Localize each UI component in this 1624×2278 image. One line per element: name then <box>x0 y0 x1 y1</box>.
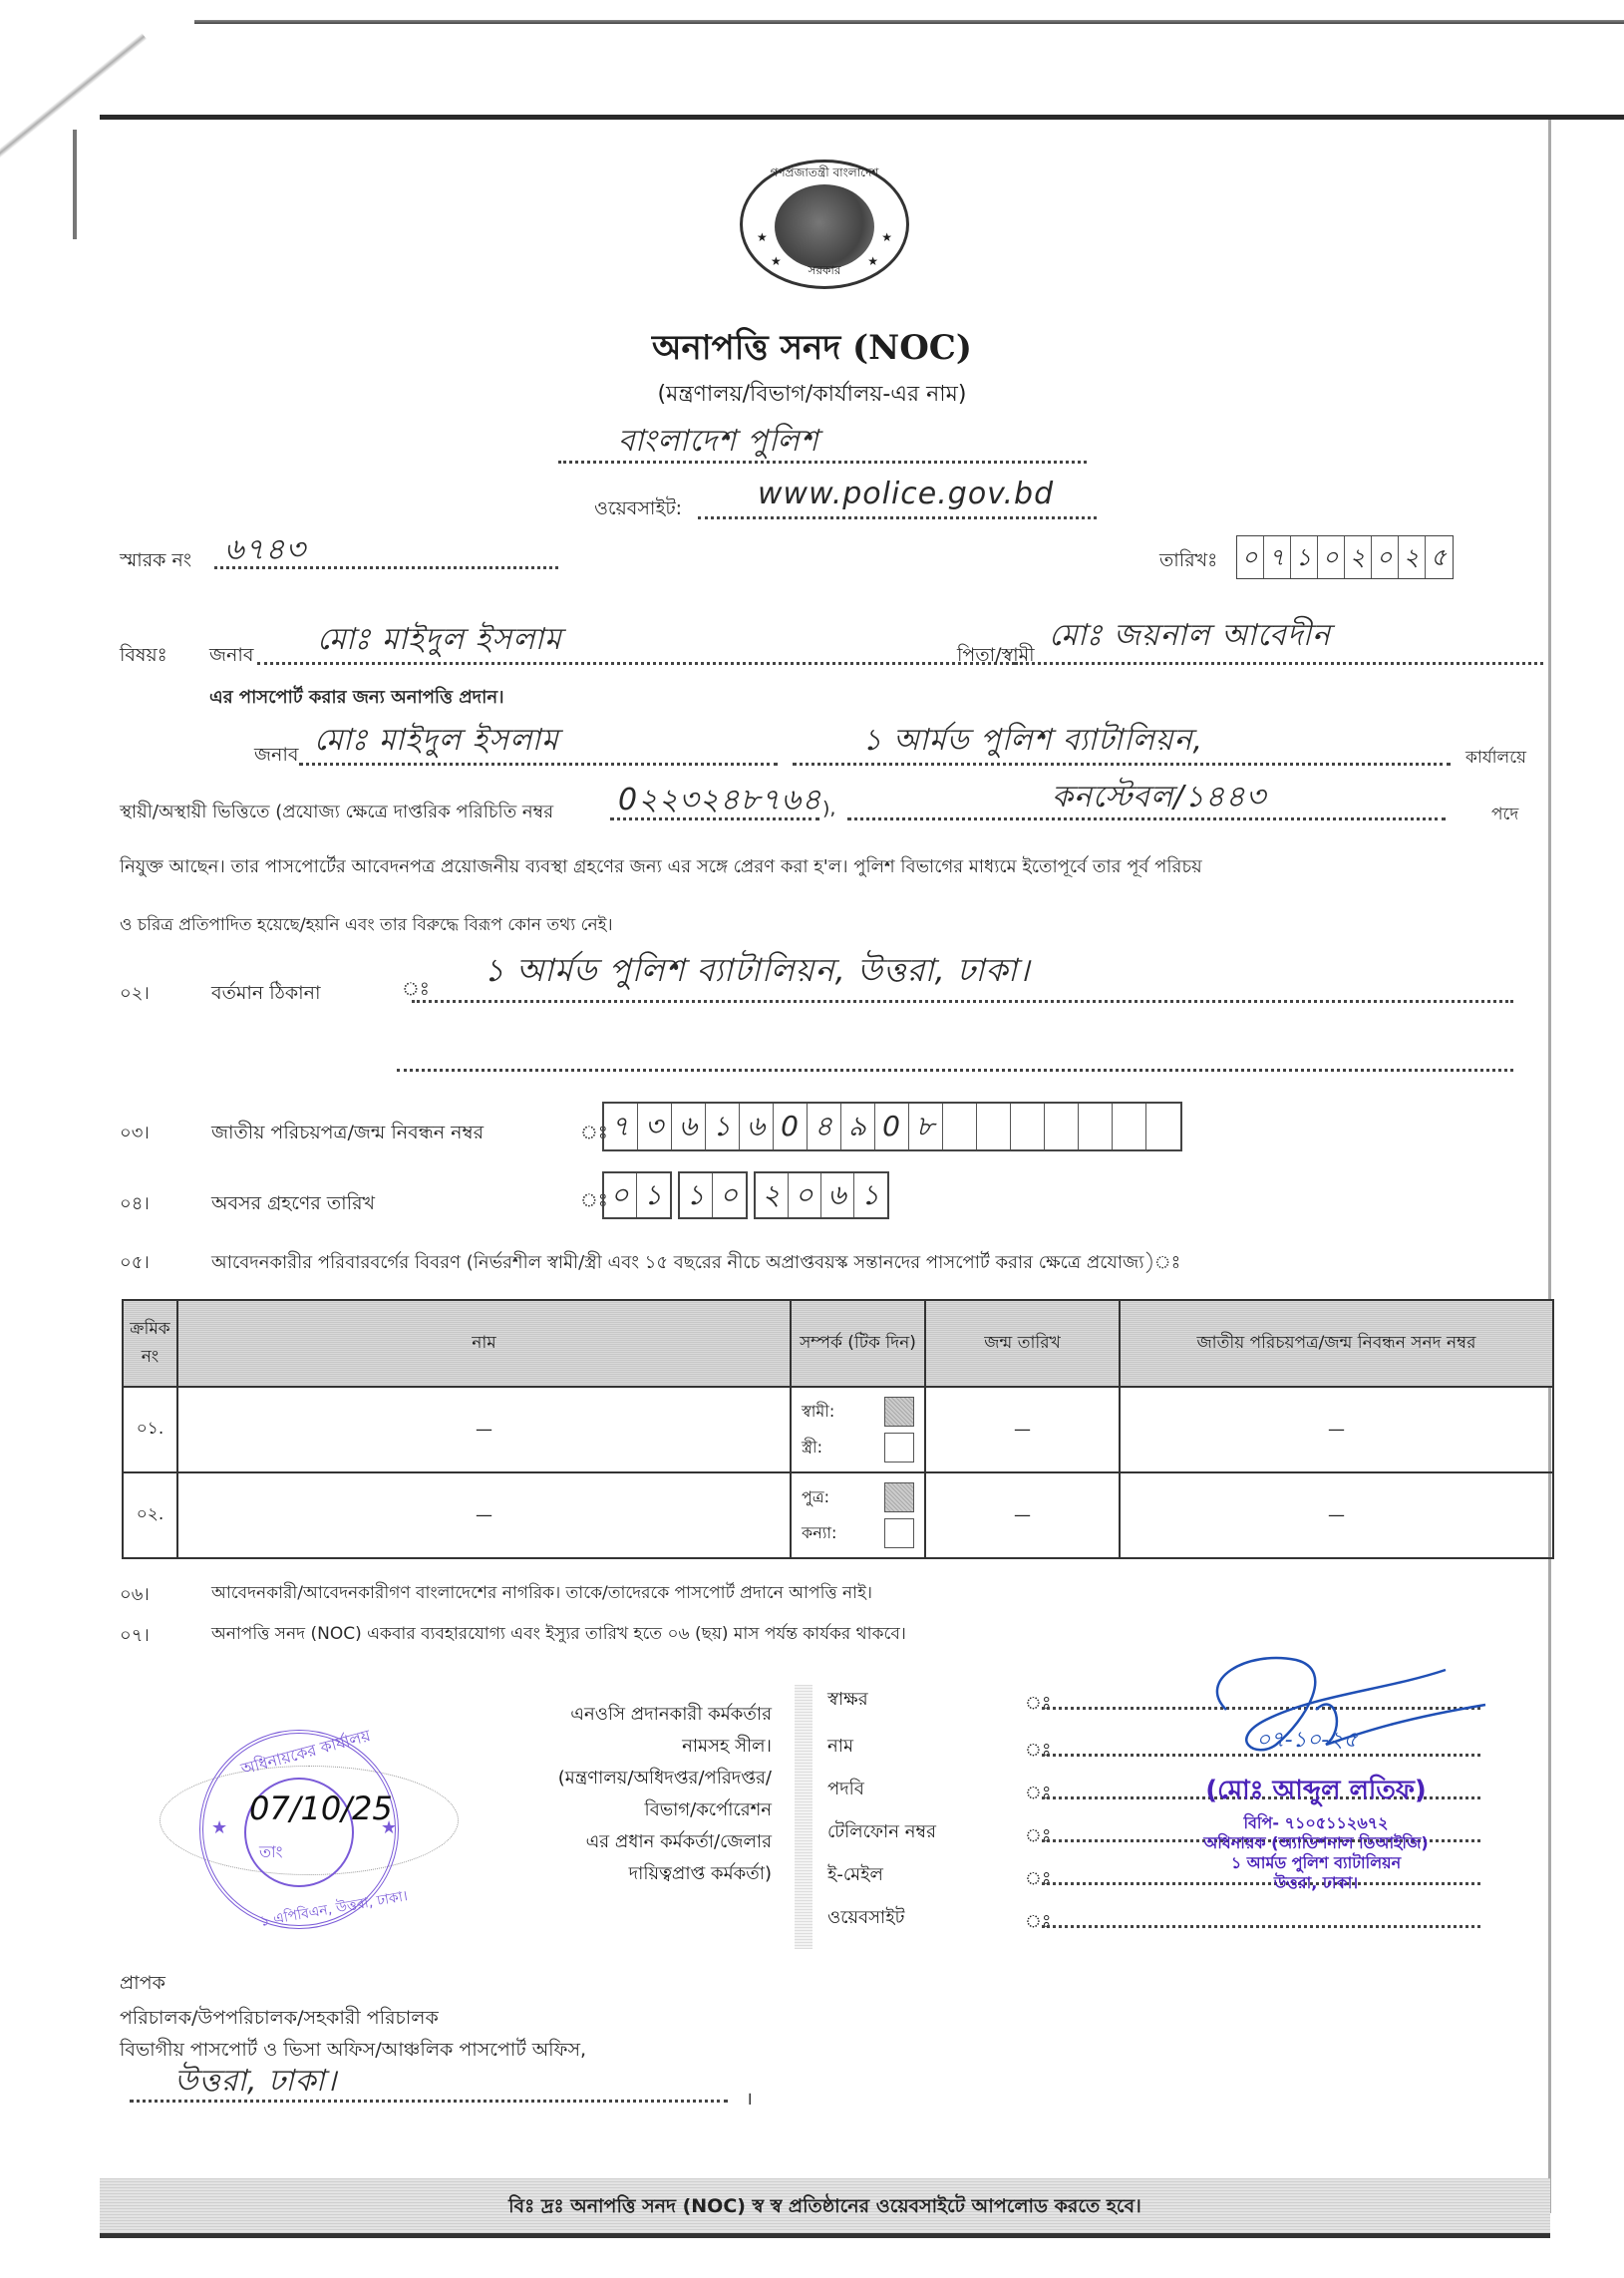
star-icon: ★ <box>211 1817 227 1838</box>
nid-digit-box[interactable] <box>1045 1104 1079 1149</box>
body-jonab-label: জনাব <box>254 741 298 773</box>
serial-cell: ০১. <box>123 1387 177 1472</box>
memo-dotted-line <box>214 566 558 569</box>
signatory-description-line: দায়িত্বপ্রাপ্ত কর্মকর্তা) <box>629 1859 772 1890</box>
validity-number: ০৭। <box>120 1621 150 1652</box>
nid-digit-box[interactable]: ৭ <box>604 1104 638 1149</box>
signatory-separator <box>795 1685 812 1949</box>
relation-option: স্বামী: <box>802 1394 914 1430</box>
subject-purpose: এর পাসপোর্ট করার জন্য অনাপত্তি প্রদান। <box>209 683 504 714</box>
nid-digit-box[interactable] <box>977 1104 1011 1149</box>
footer-note-band: বিঃ দ্রঃ অনাপত্তি সনদ (NOC) স্ব স্ব প্রত… <box>100 2178 1550 2238</box>
emblem-text-top: গণপ্রজাতন্ত্রী বাংলাদেশ <box>743 164 906 184</box>
date-digit-box[interactable]: ১ <box>1291 536 1318 578</box>
office-field[interactable]: ১ আর্মড পুলিশ ব্যাটালিয়ন, <box>862 716 1203 767</box>
date-digit-box[interactable]: ৭ <box>1264 536 1291 578</box>
col-serial: ক্রমিক নং <box>123 1300 177 1387</box>
date-digit-box[interactable]: ০ <box>1237 536 1264 578</box>
ministry-dotted-line <box>558 461 1087 464</box>
seal-officer-name: (মোঃ আব্দুল লতিফ) <box>1097 1770 1535 1813</box>
family-table-header: ক্রমিক নং নাম সম্পর্ক (টিক দিন) জন্ম তার… <box>123 1300 1553 1387</box>
address-label: বর্তমান ঠিকানা <box>211 979 321 1011</box>
date-digit-box[interactable]: ৫ <box>1426 536 1453 578</box>
address-line-2[interactable] <box>397 1069 1513 1072</box>
nid-digit-box[interactable] <box>1079 1104 1113 1149</box>
footer-note: বিঃ দ্রঃ অনাপত্তি সনদ (NOC) স্ব স্ব প্রত… <box>100 2192 1550 2224</box>
body-paragraph-1: নিযুক্ত আছেন। তার পাসপোর্টের আবেদনপত্র প… <box>120 852 1202 883</box>
retirement-digit-box[interactable]: ১ <box>637 1173 670 1217</box>
nid-digit-box[interactable] <box>1146 1104 1180 1149</box>
retirement-digit-box[interactable]: ০ <box>713 1173 746 1217</box>
seal-designation: অধিনায়ক (অ্যাডিশনাল ডিআইজি) <box>1097 1833 1535 1853</box>
address-field[interactable]: ১ আর্মড পুলিশ ব্যাটালিয়ন, উত্তরা, ঢাকা। <box>484 945 1031 999</box>
body-name-field[interactable]: মোঃ মাইদুল ইসলাম <box>314 716 559 767</box>
signatory-field-colon: ঃ <box>1025 1689 1051 1720</box>
retirement-date-boxes[interactable]: ০১১০২০৬১ <box>602 1171 895 1219</box>
website-dotted-line <box>698 516 1097 519</box>
document-subtitle: (মন্ত্রণালয়/বিভাগ/কার্যালয়-এর নাম) <box>0 377 1624 414</box>
nid-number-label-num: ০৩। <box>120 1119 150 1149</box>
relation-label: স্বামী: <box>802 1399 834 1426</box>
father-label: পিতা/স্বামী <box>957 641 1035 673</box>
rank-field[interactable]: কনস্টেবল/১৪৪৩ <box>1052 773 1266 823</box>
nid-digit-box[interactable]: 0 <box>774 1104 808 1149</box>
relation-option: পুত্র: <box>802 1479 914 1515</box>
nid-digit-box[interactable]: ৮ <box>909 1104 943 1149</box>
nid-digit-box[interactable] <box>943 1104 977 1149</box>
father-name-line <box>1015 662 1543 665</box>
signatory-field-label: ওয়েবসাইট <box>827 1903 904 1934</box>
star-icon: ★ <box>757 230 768 244</box>
validity-text: অনাপত্তি সনদ (NOC) একবার ব্যবহারযোগ্য এব… <box>211 1621 906 1649</box>
retirement-digit-box[interactable]: ০ <box>604 1173 637 1217</box>
office-suffix: কার্যালয়ে <box>1465 745 1526 773</box>
nid-cell[interactable]: — <box>1120 1472 1553 1558</box>
office-line <box>793 763 1451 766</box>
spouse-husband-checkbox[interactable] <box>884 1397 914 1427</box>
recipient-line-1: পরিচালক/উপপরিচালক/সহকারী পরিচালক <box>120 2004 439 2036</box>
citizenship-text: আবেদনকারী/আবেদনকারীগণ বাংলাদেশের নাগরিক।… <box>211 1580 872 1608</box>
official-id-line <box>610 817 819 820</box>
date-label: তারিখঃ <box>1159 546 1217 578</box>
id-suffix: ), <box>822 798 835 819</box>
signatory-field-label: টেলিফোন নম্বর <box>827 1817 936 1848</box>
spouse-wife-checkbox[interactable] <box>884 1433 914 1463</box>
date-boxes[interactable]: ০৭১০২০২৫ <box>1236 535 1454 579</box>
retirement-digit-box[interactable]: ২ <box>756 1173 789 1217</box>
family-table: ক্রমিক নং নাম সম্পর্ক (টিক দিন) জন্ম তার… <box>122 1299 1554 1559</box>
address-line-1 <box>412 1000 1513 1003</box>
signatory-description-line: এর প্রধান কর্মকর্তা/জেলার <box>586 1827 772 1858</box>
subject-label: বিষয়ঃ <box>120 641 167 673</box>
retirement-day-group: ০১ <box>602 1171 672 1219</box>
signatory-description-line: নামসহ সীল। <box>682 1732 772 1763</box>
retirement-digit-box[interactable]: ১ <box>680 1173 713 1217</box>
dob-cell[interactable]: — <box>925 1472 1120 1558</box>
nid-digit-box[interactable]: 0 <box>875 1104 909 1149</box>
signatory-field-label: স্বাক্ষর <box>827 1685 868 1716</box>
signatory-field-label: ই-মেইল <box>827 1860 883 1891</box>
seal-location: উত্তরা, ঢাকা। <box>1097 1873 1535 1893</box>
body-name-line <box>299 763 778 766</box>
government-emblem: গণপ্রজাতন্ত্রী বাংলাদেশ ★ ★ ★ ★ সরকার <box>740 160 909 289</box>
col-relation: সম্পর্ক (টিক দিন) <box>791 1300 925 1387</box>
date-digit-box[interactable]: ২ <box>1399 536 1426 578</box>
nid-digit-box[interactable] <box>1011 1104 1045 1149</box>
relation-option: স্ত্রী: <box>802 1430 914 1465</box>
scan-fold-edge <box>194 20 1624 24</box>
nid-digit-box[interactable]: ৩ <box>638 1104 672 1149</box>
signature-date: ০৭-১০-২৫ <box>1256 1723 1358 1760</box>
signatory-field-colon: ঃ <box>1025 1779 1051 1809</box>
subject-jonab-label: জনাব <box>209 641 253 673</box>
applicant-name-field[interactable]: মোঃ মাইদুল ইসলাম <box>317 615 562 666</box>
body-paragraph-2: ও চরিত্র প্রতিপাদিত হয়েছে/হয়নি এবং তার… <box>120 912 613 940</box>
recipient-end-mark: । <box>746 2087 753 2111</box>
applicant-name-line <box>257 662 1015 665</box>
page-left-border <box>73 130 77 239</box>
nid-digit-box[interactable]: ৪ <box>808 1104 841 1149</box>
father-name-field[interactable]: মোঃ জয়নাল আবেদীন <box>1049 611 1331 662</box>
retirement-digit-box[interactable]: ১ <box>854 1173 887 1217</box>
rank-line <box>847 817 1446 820</box>
address-number: ০২। <box>120 979 150 1010</box>
recipient-title: প্রাপক <box>120 1969 165 2001</box>
retirement-number: ০৪। <box>120 1189 150 1220</box>
relation-label: পুত্র: <box>802 1484 829 1511</box>
nid-digit-box[interactable] <box>1113 1104 1146 1149</box>
document-title: অনাপত্তি সনদ (NOC) <box>0 322 1624 379</box>
retirement-digit-box[interactable]: ০ <box>789 1173 821 1217</box>
date-digit-box[interactable]: ০ <box>1372 536 1399 578</box>
daughter-checkbox[interactable] <box>884 1518 914 1548</box>
citizenship-number: ০৬। <box>120 1580 150 1611</box>
family-label: আবেদনকারীর পরিবারবর্গের বিবরণ (নির্ভরশীল… <box>211 1248 1180 1279</box>
signatory-field-label: নাম <box>827 1732 853 1763</box>
family-number: ০৫। <box>120 1248 150 1279</box>
serial-cell: ০২. <box>123 1472 177 1558</box>
retirement-digit-box[interactable]: ৬ <box>821 1173 854 1217</box>
nid-label: জাতীয় পরিচয়পত্র/জন্ম নিবন্ধন নম্বর <box>211 1119 484 1150</box>
emblem-map-icon <box>775 184 874 269</box>
permanent-label: স্থায়ী/অস্থায়ী ভিত্তিতে (প্রযোজ্য ক্ষে… <box>120 798 553 828</box>
office-stamp: অধিনায়কের কার্যালয় ★ ★ 07/10/25 তাং ১ … <box>160 1730 449 1929</box>
relation-cell: পুত্র:কন্যা: <box>791 1472 925 1558</box>
table-row: ০২.—পুত্র:কন্যা:—— <box>123 1472 1553 1558</box>
signatory-field-label: পদবি <box>827 1775 864 1805</box>
website-field[interactable]: www.police.gov.bd <box>758 477 1054 511</box>
retirement-month-group: ১০ <box>678 1171 748 1219</box>
relation-cell: স্বামী:স্ত্রী: <box>791 1387 925 1472</box>
son-checkbox[interactable] <box>884 1482 914 1512</box>
signatory-description-line: বিভাগ/কর্পোরেশন <box>645 1795 772 1826</box>
page-top-border <box>100 115 1624 120</box>
nid-digit-box[interactable]: ১ <box>706 1104 740 1149</box>
relation-label: স্ত্রী: <box>802 1435 822 1462</box>
signatory-field-colon: ঃ <box>1025 1821 1051 1852</box>
retirement-label: অবসর গ্রহণের তারিখ <box>211 1189 375 1221</box>
stamp-date-label: তাং <box>259 1839 283 1866</box>
col-name: নাম <box>177 1300 791 1387</box>
signatory-field-5-line[interactable] <box>1042 1925 1480 1928</box>
stamp-date-value: 07/10/25 <box>249 1790 393 1827</box>
rank-suffix: পদে <box>1491 802 1518 829</box>
officer-seal: (মোঃ আব্দুল লতিফ) বিপি- ৭১০৫১১২৬৭২ অধিনা… <box>1097 1770 1535 1893</box>
signatory-field-colon: ঃ <box>1025 1864 1051 1895</box>
signatory-field-colon: ঃ <box>1025 1736 1051 1767</box>
relation-label: কন্যা: <box>802 1520 836 1547</box>
nid-cell[interactable]: — <box>1120 1387 1553 1472</box>
dob-cell[interactable]: — <box>925 1387 1120 1472</box>
seal-unit: ১ আর্মড পুলিশ ব্যাটালিয়ন <box>1097 1853 1535 1873</box>
emblem-text-bottom: সরকার <box>743 262 906 282</box>
signatory-description-line: (মন্ত্রণালয়/অধিদপ্তর/পরিদপ্তর/ <box>558 1764 772 1794</box>
star-icon: ★ <box>881 230 892 244</box>
signatory-field-colon: ঃ <box>1025 1907 1051 1938</box>
relation-option: কন্যা: <box>802 1515 914 1551</box>
table-row: ০১.—স্বামী:স্ত্রী:—— <box>123 1387 1553 1472</box>
website-label: ওয়েবসাইট: <box>594 494 682 526</box>
memo-label: স্মারক নং <box>120 546 191 578</box>
nid-boxes[interactable]: ৭৩৬১৬0৪৯0৮ <box>602 1102 1182 1151</box>
recipient-dotted-line <box>130 2100 728 2103</box>
col-nid: জাতীয় পরিচয়পত্র/জন্ম নিবন্ধন সনদ নম্বর <box>1120 1300 1553 1387</box>
nid-digit-box[interactable]: ৯ <box>841 1104 875 1149</box>
nid-digit-box[interactable]: ৬ <box>672 1104 706 1149</box>
name-cell[interactable]: — <box>177 1472 791 1558</box>
date-digit-box[interactable]: ২ <box>1345 536 1372 578</box>
page-right-border <box>1548 120 1551 2213</box>
col-dob: জন্ম তারিখ <box>925 1300 1120 1387</box>
seal-bp-number: বিপি- ৭১০৫১১২৬৭২ <box>1097 1813 1535 1833</box>
signatory-description-line: এনওসি প্রদানকারী কর্মকর্তার <box>570 1700 772 1731</box>
retirement-year-group: ২০৬১ <box>754 1171 889 1219</box>
name-cell[interactable]: — <box>177 1387 791 1472</box>
date-digit-box[interactable]: ০ <box>1318 536 1345 578</box>
nid-digit-box[interactable]: ৬ <box>740 1104 774 1149</box>
